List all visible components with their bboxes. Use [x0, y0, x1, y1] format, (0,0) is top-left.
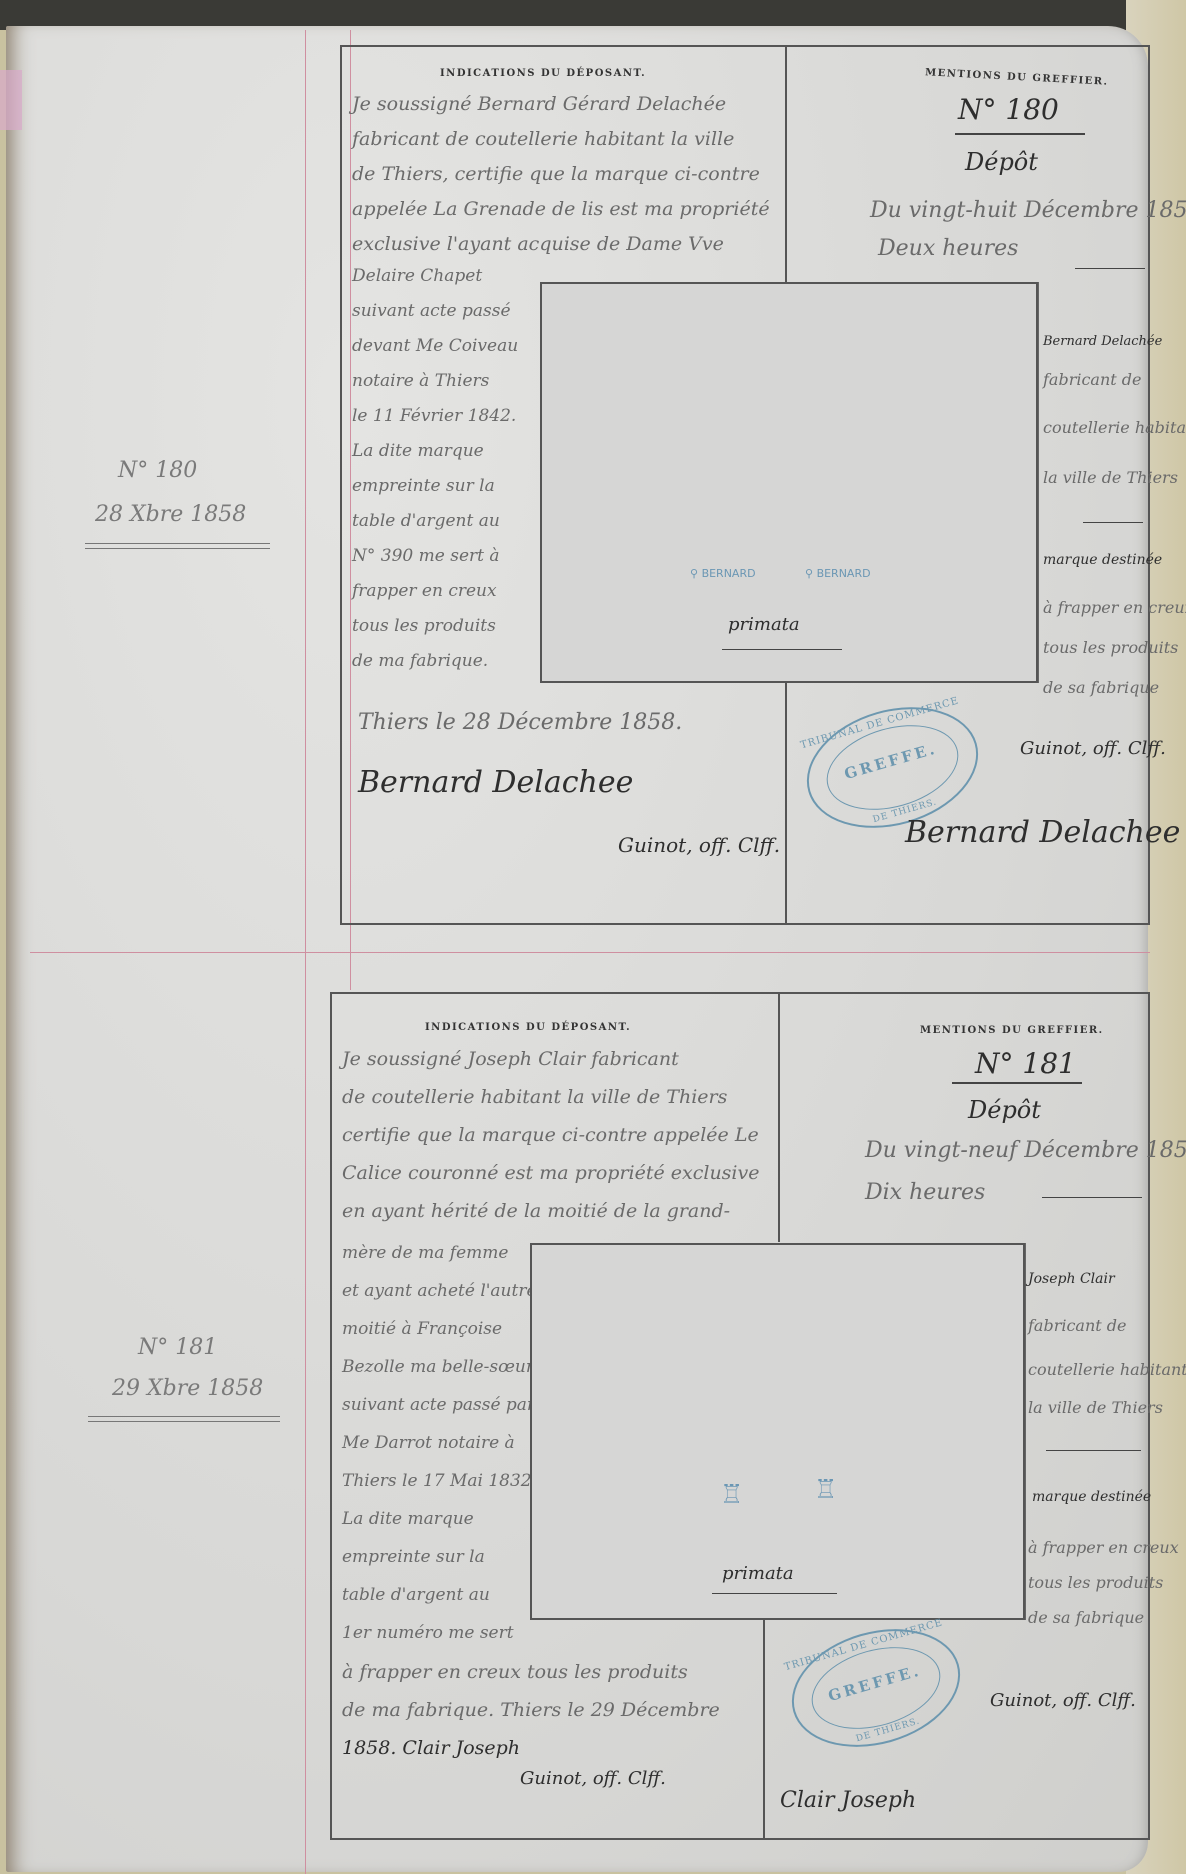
- greffier-side-note: de sa fabrique: [1028, 1610, 1144, 1626]
- deposant-line: notaire à Thiers: [352, 373, 489, 390]
- greffier-time-line: Dix heures: [865, 1182, 985, 1204]
- mark-label: primata: [728, 616, 800, 634]
- greffier-side-note: tous les produits: [1043, 640, 1178, 656]
- deposant-header: INDICATIONS DU DÉPOSANT.: [425, 1022, 631, 1033]
- deposant-line: La dite marque: [342, 1511, 474, 1528]
- chalice-mark-icon: ♖: [720, 1482, 743, 1508]
- deposant-line: Calice couronné est ma propriété exclusi…: [342, 1164, 759, 1183]
- greffier-number: N° 180: [958, 96, 1059, 124]
- deposant-signature-right: Bernard Delachee: [905, 818, 1180, 848]
- greffier-number-underline: [955, 133, 1085, 135]
- deposant-line: à frapper en creux tous les produits: [342, 1663, 688, 1682]
- deposant-line: exclusive l'ayant acquise de Dame Vve: [352, 235, 724, 254]
- greffier-number-underline: [952, 1082, 1082, 1084]
- greffier-signature-right: Guinot, off. Clff.: [1020, 740, 1166, 758]
- chalice-mark-icon: ♖: [814, 1477, 837, 1503]
- deposant-line: Je soussigné Bernard Gérard Delachée: [352, 95, 726, 114]
- mark-specimen-box: ♖ ♖ primata: [530, 1243, 1025, 1620]
- greffier-side-note: la ville de Thiers: [1028, 1400, 1163, 1416]
- deposant-line: suivant acte passé par: [342, 1397, 535, 1414]
- deposant-line: frapper en creux: [352, 583, 497, 600]
- greffier-time-line: Deux heures: [878, 238, 1018, 260]
- greffier-side-note: fabricant de: [1028, 1318, 1127, 1334]
- deposant-line: empreinte sur la: [352, 478, 495, 495]
- margin-entry-date: 28 Xbre 1858: [95, 502, 246, 527]
- mark-impression: ⚲ BERNARD: [805, 567, 871, 580]
- greffier-number: N° 181: [975, 1050, 1076, 1078]
- deposant-line: devant Me Coiveau: [352, 338, 518, 355]
- deposant-line: Delaire Chapet: [352, 268, 482, 285]
- deposant-line: empreinte sur la: [342, 1549, 485, 1566]
- greffier-side-note: fabricant de: [1043, 372, 1142, 388]
- deposant-signature: Bernard Delachee: [358, 768, 633, 798]
- greffier-side-rule: [1046, 1450, 1141, 1451]
- column-divider-bottom: [785, 683, 787, 925]
- deposant-line: appelée La Grenade de lis est ma proprié…: [352, 200, 770, 219]
- greffier-header: MENTIONS DU GREFFIER.: [920, 1025, 1104, 1036]
- column-divider-right: [1025, 1243, 1026, 1620]
- deposant-line: 1858. Clair Joseph: [342, 1739, 520, 1758]
- mark-glyph-icon: ⚲: [805, 567, 813, 580]
- greffier-side-note: à frapper en creux: [1028, 1540, 1179, 1556]
- greffier-time-rule: [1042, 1197, 1142, 1198]
- deposant-line: de Thiers, certifie que la marque ci-con…: [352, 165, 760, 184]
- deposant-line: N° 390 me sert à: [352, 548, 500, 565]
- deposant-line: Thiers le 17 Mai 1832.: [342, 1473, 537, 1490]
- deposant-line: table d'argent au: [342, 1587, 490, 1604]
- margin-entry-date: 29 Xbre 1858: [112, 1376, 263, 1401]
- deposant-place-date: Thiers le 28 Décembre 1858.: [358, 712, 682, 734]
- margin-underline: [85, 543, 270, 549]
- deposant-line: suivant acte passé: [352, 303, 511, 320]
- margin-entry-number: N° 181: [138, 1335, 217, 1360]
- greffier-side-note: la ville de Thiers: [1043, 470, 1178, 486]
- deposant-line: fabricant de coutellerie habitant la vil…: [352, 130, 734, 149]
- greffier-signature-right: Guinot, off. Clff.: [990, 1692, 1136, 1710]
- deposant-line: le 11 Février 1842.: [352, 408, 516, 425]
- greffier-date-line: Du vingt-neuf Décembre 1858: [865, 1140, 1186, 1162]
- greffier-time-rule: [1075, 268, 1145, 269]
- deposant-line: Me Darrot notaire à: [342, 1435, 515, 1452]
- greffier-date-line: Du vingt-huit Décembre 1858: [870, 200, 1186, 222]
- deposant-line: de ma fabrique.: [352, 653, 488, 670]
- deposant-header: INDICATIONS DU DÉPOSANT.: [440, 68, 646, 79]
- deposant-line: et ayant acheté l'autre: [342, 1283, 537, 1300]
- deposant-line: certifie que la marque ci-contre appelée…: [342, 1126, 759, 1145]
- greffier-side-note: de sa fabrique: [1043, 680, 1159, 696]
- deposant-line: mère de ma femme: [342, 1245, 508, 1262]
- column-divider-top: [778, 992, 780, 1242]
- greffier-side-note: coutellerie habitant: [1028, 1362, 1186, 1378]
- deposant-line: moitié à Françoise: [342, 1321, 502, 1338]
- margin-entry-number: N° 180: [118, 458, 197, 483]
- column-divider-right: [1038, 282, 1039, 683]
- deposant-line: Bezolle ma belle-sœur: [342, 1359, 534, 1376]
- deposant-line: table d'argent au: [352, 513, 500, 530]
- greffier-signature: Guinot, off. Clff.: [618, 835, 780, 855]
- column-divider-top: [785, 45, 787, 282]
- mark-label-underline: [722, 649, 842, 650]
- column-divider-bottom: [763, 1620, 765, 1840]
- greffier-side-note: marque destinée: [1043, 553, 1162, 567]
- greffier-side-rule: [1083, 522, 1143, 523]
- deposant-line: en ayant hérité de la moitié de la grand…: [342, 1202, 730, 1221]
- page-tab-marker: [0, 70, 22, 130]
- mark-label-underline: [712, 1593, 837, 1594]
- mark-specimen-box: ⚲ BERNARD ⚲ BERNARD primata: [540, 282, 1038, 683]
- mark-label: primata: [722, 1565, 794, 1583]
- mark-glyph-icon: ⚲: [690, 567, 698, 580]
- greffier-side-note: Bernard Delachée: [1043, 335, 1162, 348]
- mark-impression: ⚲ BERNARD: [690, 567, 756, 580]
- entry-separator-rule: [30, 952, 1150, 953]
- greffier-side-note: Joseph Clair: [1028, 1272, 1115, 1286]
- deposant-line: Je soussigné Joseph Clair fabricant: [342, 1050, 679, 1069]
- greffier-title: Dépôt: [965, 150, 1038, 174]
- deposant-line: de coutellerie habitant la ville de Thie…: [342, 1088, 727, 1107]
- greffier-side-note: à frapper en creux: [1043, 600, 1186, 616]
- margin-underline: [88, 1416, 280, 1422]
- greffier-side-note: coutellerie habitant: [1043, 420, 1186, 436]
- greffier-title: Dépôt: [968, 1098, 1041, 1122]
- greffier-side-note: marque destinée: [1032, 1490, 1151, 1504]
- greffier-signature: Guinot, off. Clff.: [520, 1770, 666, 1788]
- deposant-line: 1er numéro me sert: [342, 1625, 514, 1642]
- greffier-side-note: tous les produits: [1028, 1575, 1163, 1591]
- margin-rule-inner-mid: [350, 952, 351, 990]
- deposant-signature-right: Clair Joseph: [780, 1790, 916, 1812]
- deposant-line: tous les produits: [352, 618, 496, 635]
- deposant-line: La dite marque: [352, 443, 484, 460]
- deposant-line: de ma fabrique. Thiers le 29 Décembre: [342, 1701, 720, 1720]
